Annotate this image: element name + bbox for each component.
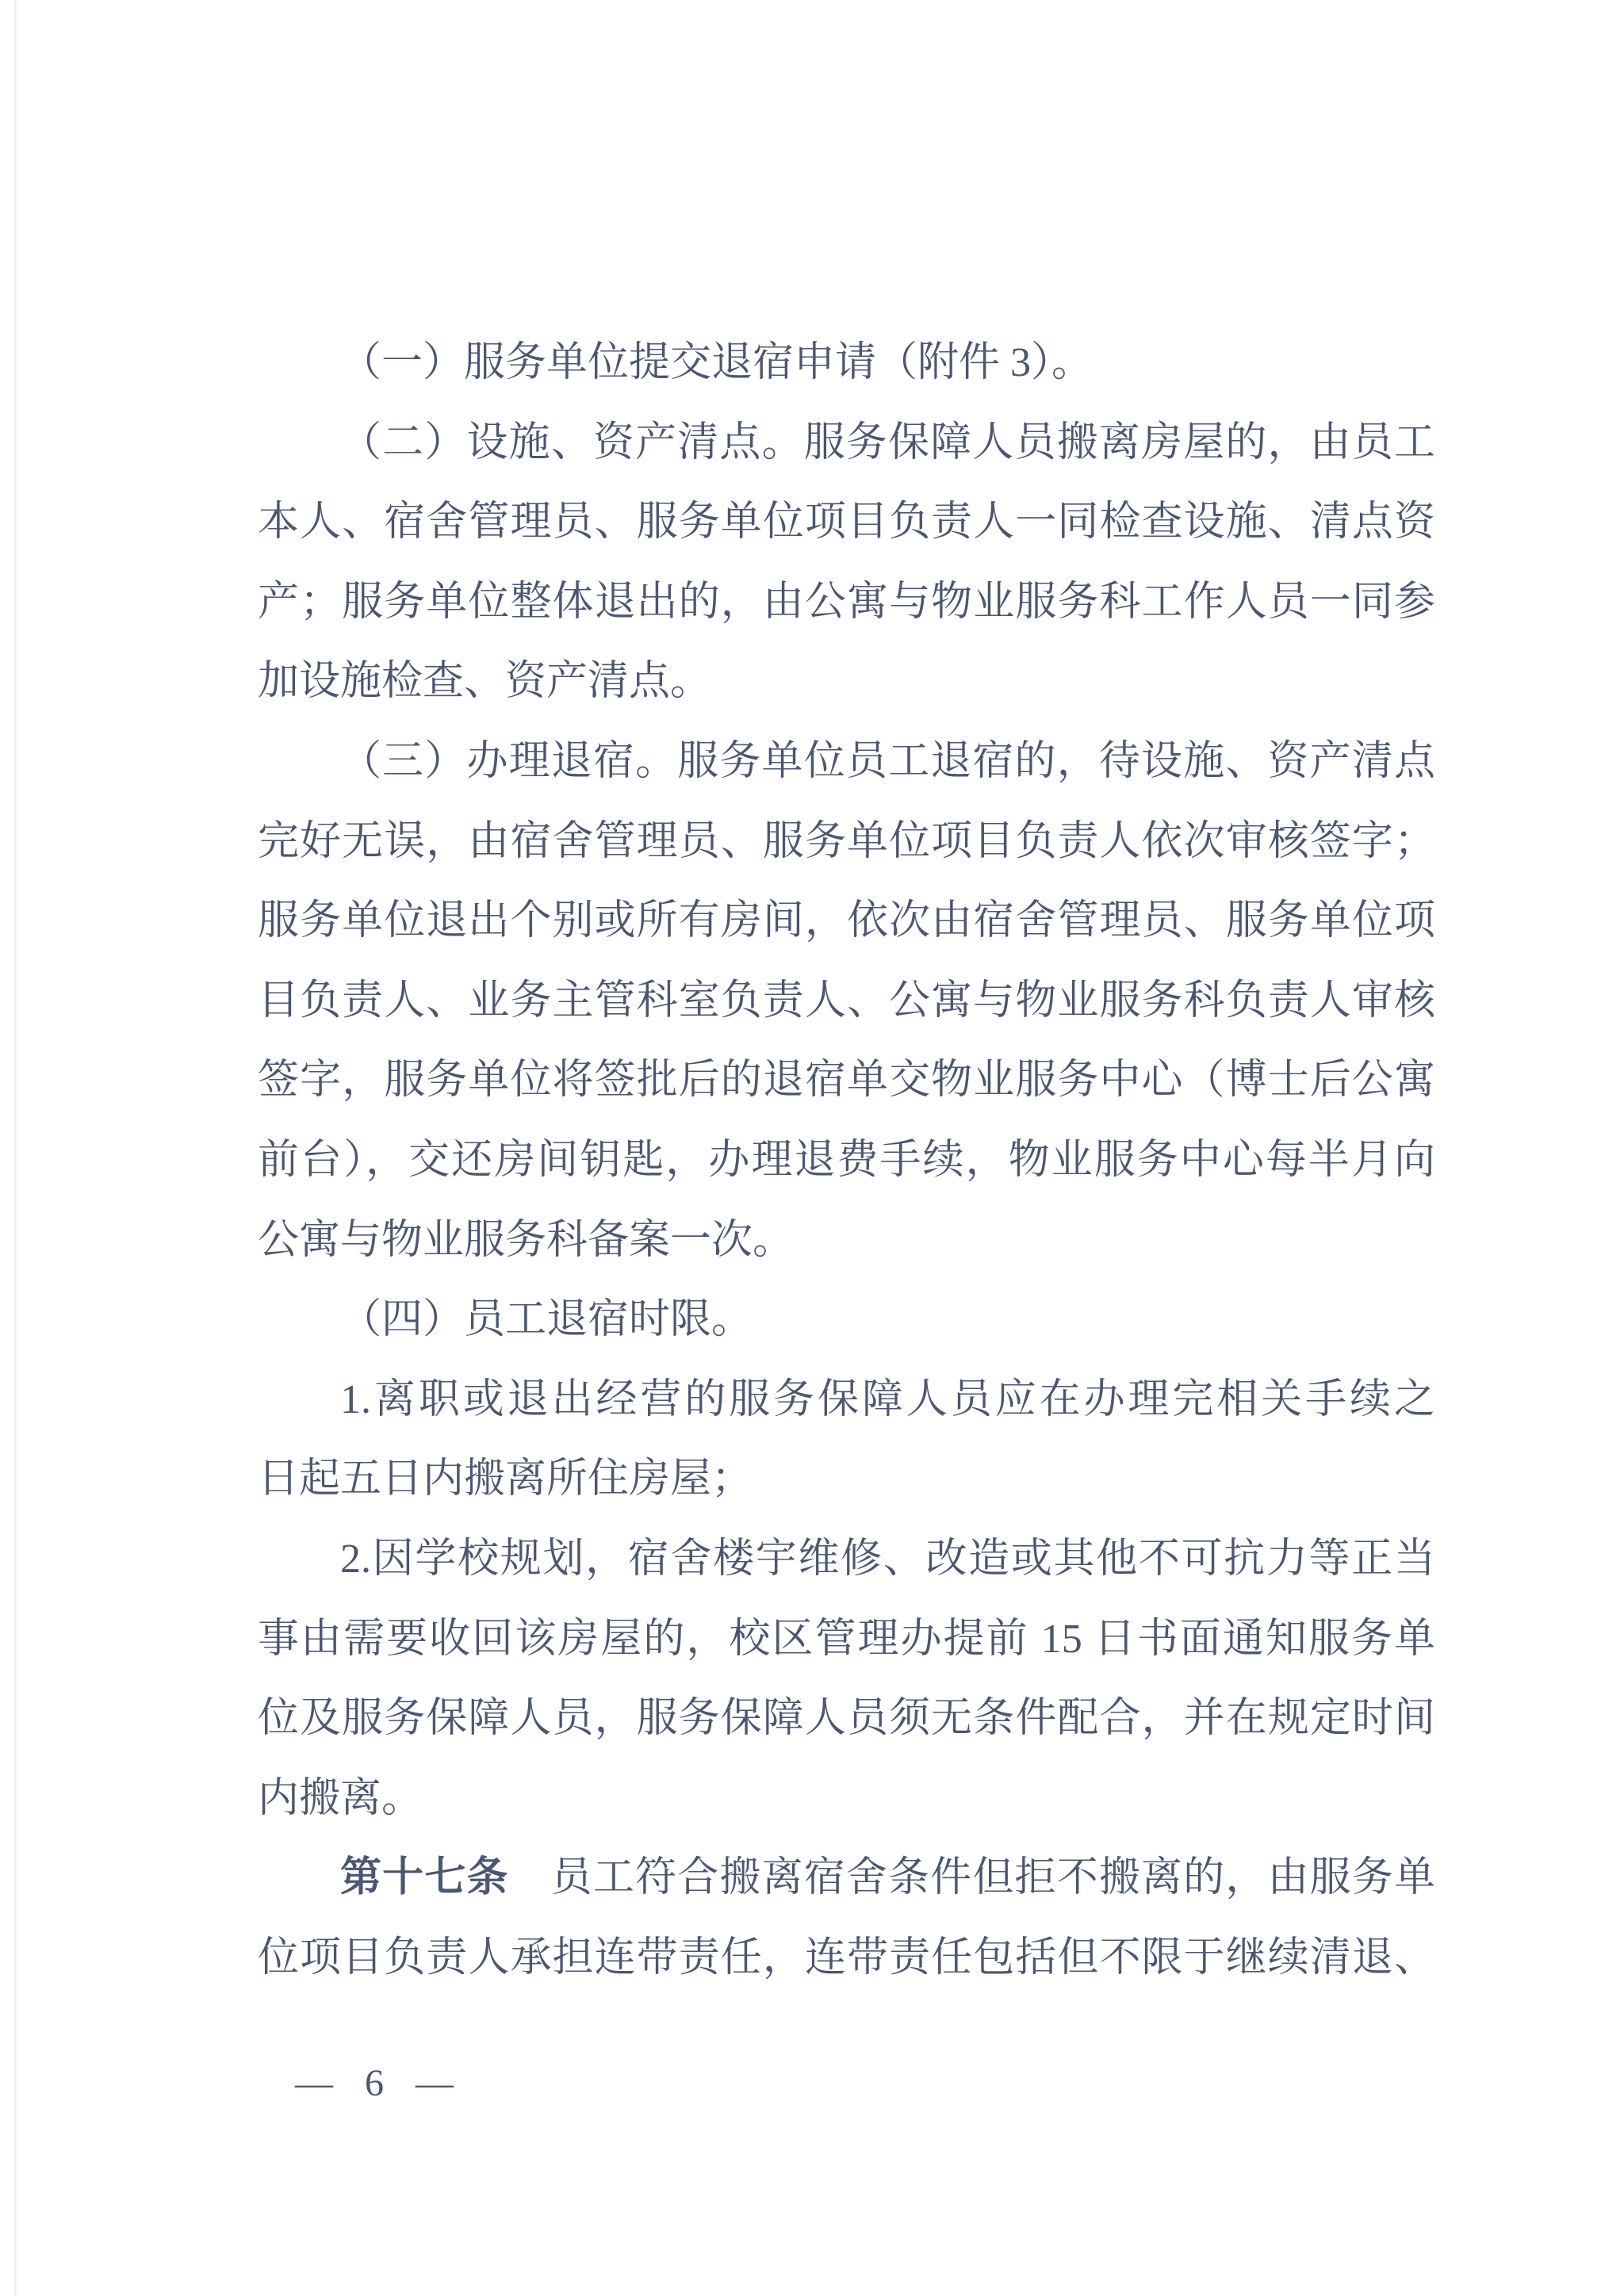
text-segment: 本人、宿舍管理员、服务单位项目负责人一同检查设施、清点资: [258, 499, 1435, 545]
paragraph: 第十七条 员工符合搬离宿舍条件但拒不搬离的，由服务单位项目负责人承担连带责任，连…: [258, 1839, 1435, 1998]
text-segment: 前台），交还房间钥匙，办理退费手续，物业服务中心每半月向: [258, 1138, 1435, 1183]
page-footer: — 6 —: [295, 2061, 454, 2106]
text-line: 位项目负责人承担连带责任，连带责任包括但不限于继续清退、: [258, 1919, 1435, 1999]
text-line: （二）设施、资产清点。服务保障人员搬离房屋的，由员工: [258, 404, 1435, 484]
scan-edge-line: [14, 0, 17, 2296]
text-segment: 产；服务单位整体退出的，由公寓与物业服务科工作人员一同参: [258, 580, 1435, 625]
text-segment: 服务单位退出个别或所有房间，依次由宿舍管理员、服务单位项: [258, 898, 1435, 943]
text-segment: 事由需要收回该房屋的，校区管理办提前 15 日书面通知服务单: [258, 1617, 1435, 1662]
text-line: 2.因学校规划，宿舍楼宇维修、改造或其他不可抗力等正当: [258, 1520, 1435, 1600]
text-segment: 员工符合搬离宿舍条件但拒不搬离的，由服务单: [509, 1855, 1435, 1900]
text-line: 本人、宿舍管理员、服务单位项目负责人一同检查设施、清点资: [258, 483, 1435, 563]
text-line: 内搬离。: [258, 1759, 1435, 1839]
text-segment: 签字，服务单位将签批后的退宿单交物业服务中心（博士后公寓: [258, 1058, 1435, 1103]
footer-right-dash: —: [416, 2061, 454, 2106]
text-line: 日起五日内搬离所住房屋；: [258, 1440, 1435, 1520]
text-line: 1.离职或退出经营的服务保障人员应在办理完相关手续之: [258, 1360, 1435, 1441]
paragraph: （一）服务单位提交退宿申请（附件 3）。: [258, 323, 1435, 404]
text-segment: 完好无误，由宿舍管理员、服务单位项目负责人依次审核签字；: [258, 819, 1435, 864]
text-line: （一）服务单位提交退宿申请（附件 3）。: [258, 323, 1435, 404]
text-line: 签字，服务单位将签批后的退宿单交物业服务中心（博士后公寓: [258, 1041, 1435, 1121]
text-segment: （三）办理退宿。服务单位员工退宿的，待设施、资产清点: [340, 739, 1435, 784]
footer-left-dash: —: [295, 2061, 333, 2106]
text-segment: 内搬离。: [258, 1776, 423, 1821]
text-segment: （四）员工退宿时限。: [340, 1297, 753, 1342]
paragraph: 1.离职或退出经营的服务保障人员应在办理完相关手续之日起五日内搬离所住房屋；: [258, 1360, 1435, 1520]
text-line: 事由需要收回该房屋的，校区管理办提前 15 日书面通知服务单: [258, 1600, 1435, 1680]
paragraph: 2.因学校规划，宿舍楼宇维修、改造或其他不可抗力等正当事由需要收回该房屋的，校区…: [258, 1520, 1435, 1839]
bold-term: 第十七条: [340, 1855, 509, 1900]
text-segment: 加设施检查、资产清点。: [258, 659, 711, 704]
page-number: 6: [365, 2061, 384, 2106]
document-page: （一）服务单位提交退宿申请（附件 3）。（二）设施、资产清点。服务保障人员搬离房…: [0, 0, 1624, 2296]
text-line: 服务单位退出个别或所有房间，依次由宿舍管理员、服务单位项: [258, 882, 1435, 962]
text-segment: 位项目负责人承担连带责任，连带责任包括但不限于继续清退、: [258, 1935, 1435, 1980]
text-line: 位及服务保障人员，服务保障人员须无条件配合，并在规定时间: [258, 1679, 1435, 1759]
text-line: 第十七条 员工符合搬离宿舍条件但拒不搬离的，由服务单: [258, 1839, 1435, 1919]
text-segment: 1.离职或退出经营的服务保障人员应在办理完相关手续之: [340, 1377, 1435, 1422]
text-line: 完好无误，由宿舍管理员、服务单位项目负责人依次审核签字；: [258, 802, 1435, 882]
document-body: （一）服务单位提交退宿申请（附件 3）。（二）设施、资产清点。服务保障人员搬离房…: [258, 323, 1435, 1998]
text-segment: （一）服务单位提交退宿申请（附件 3）。: [340, 340, 1093, 385]
text-segment: 2.因学校规划，宿舍楼宇维修、改造或其他不可抗力等正当: [340, 1536, 1435, 1582]
text-segment: （二）设施、资产清点。服务保障人员搬离房屋的，由员工: [340, 420, 1435, 465]
text-line: （四）员工退宿时限。: [258, 1280, 1435, 1360]
text-line: 产；服务单位整体退出的，由公寓与物业服务科工作人员一同参: [258, 563, 1435, 643]
text-line: 加设施检查、资产清点。: [258, 642, 1435, 722]
paragraph: （二）设施、资产清点。服务保障人员搬离房屋的，由员工本人、宿舍管理员、服务单位项…: [258, 404, 1435, 722]
text-line: 公寓与物业服务科备案一次。: [258, 1201, 1435, 1281]
text-line: 目负责人、业务主管科室负责人、公寓与物业服务科负责人审核: [258, 962, 1435, 1042]
paragraph: （四）员工退宿时限。: [258, 1280, 1435, 1360]
text-segment: 公寓与物业服务科备案一次。: [258, 1218, 794, 1263]
text-segment: 位及服务保障人员，服务保障人员须无条件配合，并在规定时间: [258, 1696, 1435, 1741]
text-line: （三）办理退宿。服务单位员工退宿的，待设施、资产清点: [258, 722, 1435, 802]
text-segment: 日起五日内搬离所住房屋；: [258, 1456, 753, 1502]
text-line: 前台），交还房间钥匙，办理退费手续，物业服务中心每半月向: [258, 1121, 1435, 1201]
paragraph: （三）办理退宿。服务单位员工退宿的，待设施、资产清点完好无误，由宿舍管理员、服务…: [258, 722, 1435, 1280]
text-segment: 目负责人、业务主管科室负责人、公寓与物业服务科负责人审核: [258, 978, 1435, 1024]
